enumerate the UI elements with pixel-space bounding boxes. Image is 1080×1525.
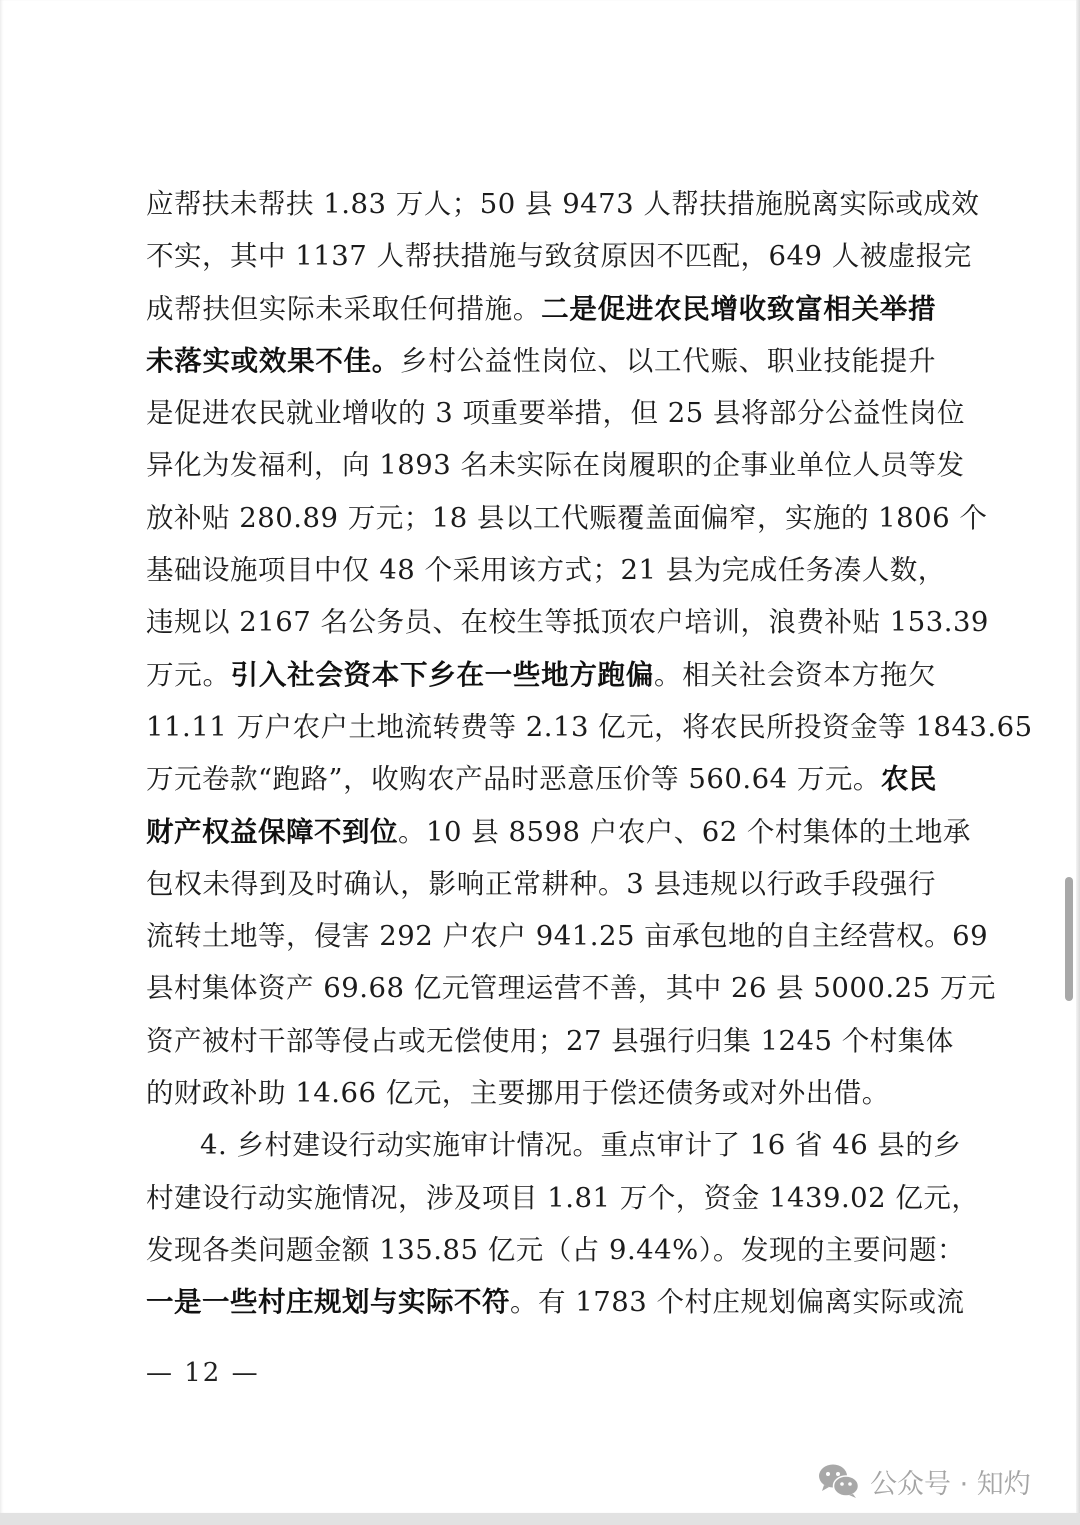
document-page: 应帮扶未帮扶 1.83 万人；50 县 9473 人帮扶措施脱离实际或成效不实，… xyxy=(0,0,1080,1513)
text-line: 一是一些村庄规划与实际不符。有 1783 个村庄规划偏离实际或流 xyxy=(146,1276,936,1328)
bold-heading-text: 一是一些村庄规划与实际不符 xyxy=(146,1286,510,1318)
body-text-segment: 成帮扶但实际未采取任何措施。 xyxy=(146,293,541,325)
watermark-text: 公众号 · 知灼 xyxy=(870,1462,1031,1501)
text-line: 4. 乡村建设行动实施审计情况。重点审计了 16 省 46 县的乡 xyxy=(146,1119,936,1171)
body-text-segment: 的财政补助 14.66 亿元，主要挪用于偿还债务或对外出借。 xyxy=(146,1077,890,1109)
bold-heading-text: 农民 xyxy=(881,763,937,795)
text-line: 是促进农民就业增收的 3 项重要举措，但 25 县将部分公益性岗位 xyxy=(146,387,936,439)
body-text-segment: 异化为发福利，向 1893 名未实际在岗履职的企事业单位人员等发 xyxy=(146,449,964,481)
body-text-segment: 是促进农民就业增收的 3 项重要举措，但 25 县将部分公益性岗位 xyxy=(146,397,965,429)
bold-heading-text: 财产权益保障不到位 xyxy=(146,816,398,848)
body-text-segment: 。有 1783 个村庄规划偏离实际或流 xyxy=(510,1286,964,1318)
text-line: 违规以 2167 名公务员、在校生等抵顶农户培训，浪费补贴 153.39 xyxy=(146,596,936,648)
bold-heading-text: 二是促进农民增收致富相关举措 xyxy=(541,293,936,325)
body-text-segment: 基础设施项目中仅 48 个采用该方式；21 县为完成任务凑人数， xyxy=(146,554,946,586)
text-line: 资产被村干部等侵占或无偿使用；27 县强行归集 1245 个村集体 xyxy=(146,1015,936,1067)
bold-heading-text: 未落实或效果不佳。 xyxy=(146,345,400,377)
text-line: 财产权益保障不到位。10 县 8598 户农户、62 个村集体的土地承 xyxy=(146,806,936,858)
body-text-segment: 包权未得到及时确认，影响正常耕种。3 县违规以行政手段强行 xyxy=(146,868,936,900)
body-text-segment: 不实，其中 1137 人帮扶措施与致贫原因不匹配，649 人被虚报完 xyxy=(146,240,972,272)
body-text-segment: 万元。 xyxy=(146,659,231,691)
text-line: 成帮扶但实际未采取任何措施。二是促进农民增收致富相关举措 xyxy=(146,283,936,335)
text-line: 应帮扶未帮扶 1.83 万人；50 县 9473 人帮扶措施脱离实际或成效 xyxy=(146,178,936,230)
text-line: 包权未得到及时确认，影响正常耕种。3 县违规以行政手段强行 xyxy=(146,858,936,910)
text-line: 异化为发福利，向 1893 名未实际在岗履职的企事业单位人员等发 xyxy=(146,439,936,491)
text-line: 万元卷款“跑路”，收购农产品时恶意压价等 560.64 万元。农民 xyxy=(146,753,936,805)
text-line: 发现各类问题金额 135.85 亿元（占 9.44%）。发现的主要问题： xyxy=(146,1224,936,1276)
body-text-segment: 县村集体资产 69.68 亿元管理运营不善，其中 26 县 5000.25 万元 xyxy=(146,972,996,1004)
text-line: 基础设施项目中仅 48 个采用该方式；21 县为完成任务凑人数， xyxy=(146,544,936,596)
document-body: 应帮扶未帮扶 1.83 万人；50 县 9473 人帮扶措施脱离实际或成效不实，… xyxy=(146,178,936,1329)
page-number: — 12 — xyxy=(146,1358,260,1388)
body-text-segment: 11.11 万户农户土地流转费等 2.13 亿元，将农民所投资金等 1843.6… xyxy=(146,711,1033,743)
body-text-segment: 放补贴 280.89 万元；18 县以工代赈覆盖面偏窄，实施的 1806 个 xyxy=(146,502,987,534)
text-line: 11.11 万户农户土地流转费等 2.13 亿元，将农民所投资金等 1843.6… xyxy=(146,701,936,753)
body-text-segment: 违规以 2167 名公务员、在校生等抵顶农户培训，浪费补贴 153.39 xyxy=(146,606,989,638)
bold-heading-text: 引入社会资本下乡在一些地方跑偏 xyxy=(231,659,654,691)
wechat-icon xyxy=(818,1463,860,1499)
text-line: 万元。引入社会资本下乡在一些地方跑偏。相关社会资本方拖欠 xyxy=(146,649,936,701)
text-line: 未落实或效果不佳。乡村公益性岗位、以工代赈、职业技能提升 xyxy=(146,335,936,387)
scrollbar-thumb[interactable] xyxy=(1065,877,1073,1001)
body-text-segment: 发现各类问题金额 135.85 亿元（占 9.44%）。发现的主要问题： xyxy=(146,1234,965,1266)
body-text-segment: 资产被村干部等侵占或无偿使用；27 县强行归集 1245 个村集体 xyxy=(146,1025,954,1057)
body-text-segment: 万元卷款“跑路”，收购农产品时恶意压价等 560.64 万元。 xyxy=(146,763,881,795)
text-line: 的财政补助 14.66 亿元，主要挪用于偿还债务或对外出借。 xyxy=(146,1067,936,1119)
body-text-segment: 4. 乡村建设行动实施审计情况。重点审计了 16 省 46 县的乡 xyxy=(200,1129,961,1161)
body-text-segment: 乡村公益性岗位、以工代赈、职业技能提升 xyxy=(400,345,936,377)
watermark: 公众号 · 知灼 xyxy=(818,1458,1031,1504)
body-text-segment: 。相关社会资本方拖欠 xyxy=(654,659,936,691)
page-edge xyxy=(1076,0,1080,1513)
body-text-segment: 应帮扶未帮扶 1.83 万人；50 县 9473 人帮扶措施脱离实际或成效 xyxy=(146,188,979,220)
text-line: 放补贴 280.89 万元；18 县以工代赈覆盖面偏窄，实施的 1806 个 xyxy=(146,492,936,544)
body-text-segment: 村建设行动实施情况，涉及项目 1.81 万个，资金 1439.02 亿元， xyxy=(146,1182,979,1214)
text-line: 县村集体资产 69.68 亿元管理运营不善，其中 26 县 5000.25 万元 xyxy=(146,962,936,1014)
text-line: 流转土地等，侵害 292 户农户 941.25 亩承包地的自主经营权。69 xyxy=(146,910,936,962)
text-line: 村建设行动实施情况，涉及项目 1.81 万个，资金 1439.02 亿元， xyxy=(146,1172,936,1224)
text-line: 不实，其中 1137 人帮扶措施与致贫原因不匹配，649 人被虚报完 xyxy=(146,230,936,282)
body-text-segment: 。10 县 8598 户农户、62 个村集体的土地承 xyxy=(398,816,971,848)
body-text-segment: 流转土地等，侵害 292 户农户 941.25 亩承包地的自主经营权。69 xyxy=(146,920,988,952)
